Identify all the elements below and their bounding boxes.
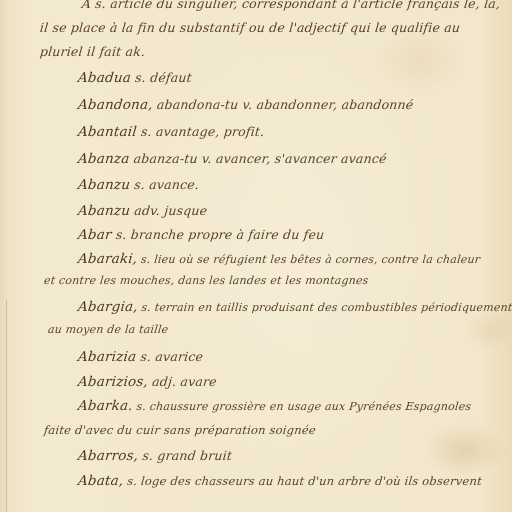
intro-line-2: il se place à la fin du substantif ou de… [39, 20, 461, 35]
manuscript-page: A s. article du singulier, correspondant… [0, 0, 512, 512]
entry-10: Abarizios, adj. avare [77, 374, 217, 390]
entry-headword: Abaraki, [77, 251, 138, 267]
entry-1: Abandona, abandona-tu v. abandonner, aba… [77, 97, 414, 113]
entry-11-continuation: faite d'avec du cuir sans préparation so… [43, 423, 316, 437]
entry-definition: abanza-tu v. avancer, s'avancer avancé [133, 151, 388, 166]
entry-definition: abandona-tu v. abandonner, abandonné [156, 97, 414, 112]
entry-3: Abanza abanza-tu v. avancer, s'avancer a… [77, 151, 387, 167]
entry-definition: s. lieu où se réfugient les bêtes à corn… [140, 253, 481, 266]
entry-5: Abanzu adv. jusque [77, 203, 208, 219]
entry-definition: s. avantage, profit. [140, 124, 265, 139]
entry-headword: Abarros, [77, 448, 139, 464]
entry-12: Abarros, s. grand bruit [77, 448, 233, 464]
entry-headword: Abarizios, [77, 374, 149, 390]
intro-line-1: A s. article du singulier, correspondant… [81, 0, 501, 11]
entry-headword: Abanza [77, 151, 130, 167]
entry-8-continuation: au moyen de la taille [47, 323, 169, 336]
entry-definition: s. grand bruit [142, 448, 233, 463]
entry-definition: adj. avare [151, 374, 217, 389]
entry-definition: adv. jusque [134, 203, 209, 218]
entry-definition: s. loge des chasseurs au haut d'un arbre… [127, 474, 483, 488]
entry-definition: s. branche propre à faire du feu [115, 227, 325, 242]
entry-headword: Abanzu [77, 177, 131, 193]
entry-headword: Abar [77, 227, 112, 243]
entry-headword: Abanzu [77, 203, 131, 219]
entry-headword: Abandona, [77, 97, 153, 113]
entry-headword: Abantail [77, 124, 138, 140]
entry-definition: s. avance. [134, 177, 200, 192]
entry-definition: s. chaussure grossière en usage aux Pyré… [136, 400, 472, 413]
entry-definition: s. défaut [134, 70, 192, 85]
entry-4: Abanzu s. avance. [77, 177, 200, 193]
entry-6: Abar s. branche propre à faire du feu [77, 227, 325, 243]
entry-headword: Abarka. [77, 398, 134, 414]
entry-headword: Abata, [77, 473, 124, 489]
entry-7: Abaraki, s. lieu où se réfugient les bêt… [77, 251, 481, 267]
entry-13: Abata, s. loge des chasseurs au haut d'u… [77, 473, 483, 489]
entry-9: Abarizia s. avarice [77, 349, 204, 365]
entry-definition: s. avarice [140, 349, 204, 364]
entry-0: Abadua s. défaut [77, 70, 193, 86]
entry-definition: s. terrain en taillis produisant des com… [141, 301, 512, 314]
intro-line-3: pluriel il fait ak. [39, 44, 146, 59]
page-gutter-line [6, 300, 7, 512]
entry-headword: Abarizia [77, 349, 137, 365]
entry-headword: Abadua [77, 70, 132, 86]
entry-7-continuation: et contre les mouches, dans les landes e… [43, 274, 369, 287]
entry-8: Abargia, s. terrain en taillis produisan… [77, 299, 512, 315]
entry-2: Abantail s. avantage, profit. [77, 124, 265, 140]
entry-11: Abarka. s. chaussure grossière en usage … [77, 398, 472, 414]
entry-headword: Abargia, [77, 299, 138, 315]
